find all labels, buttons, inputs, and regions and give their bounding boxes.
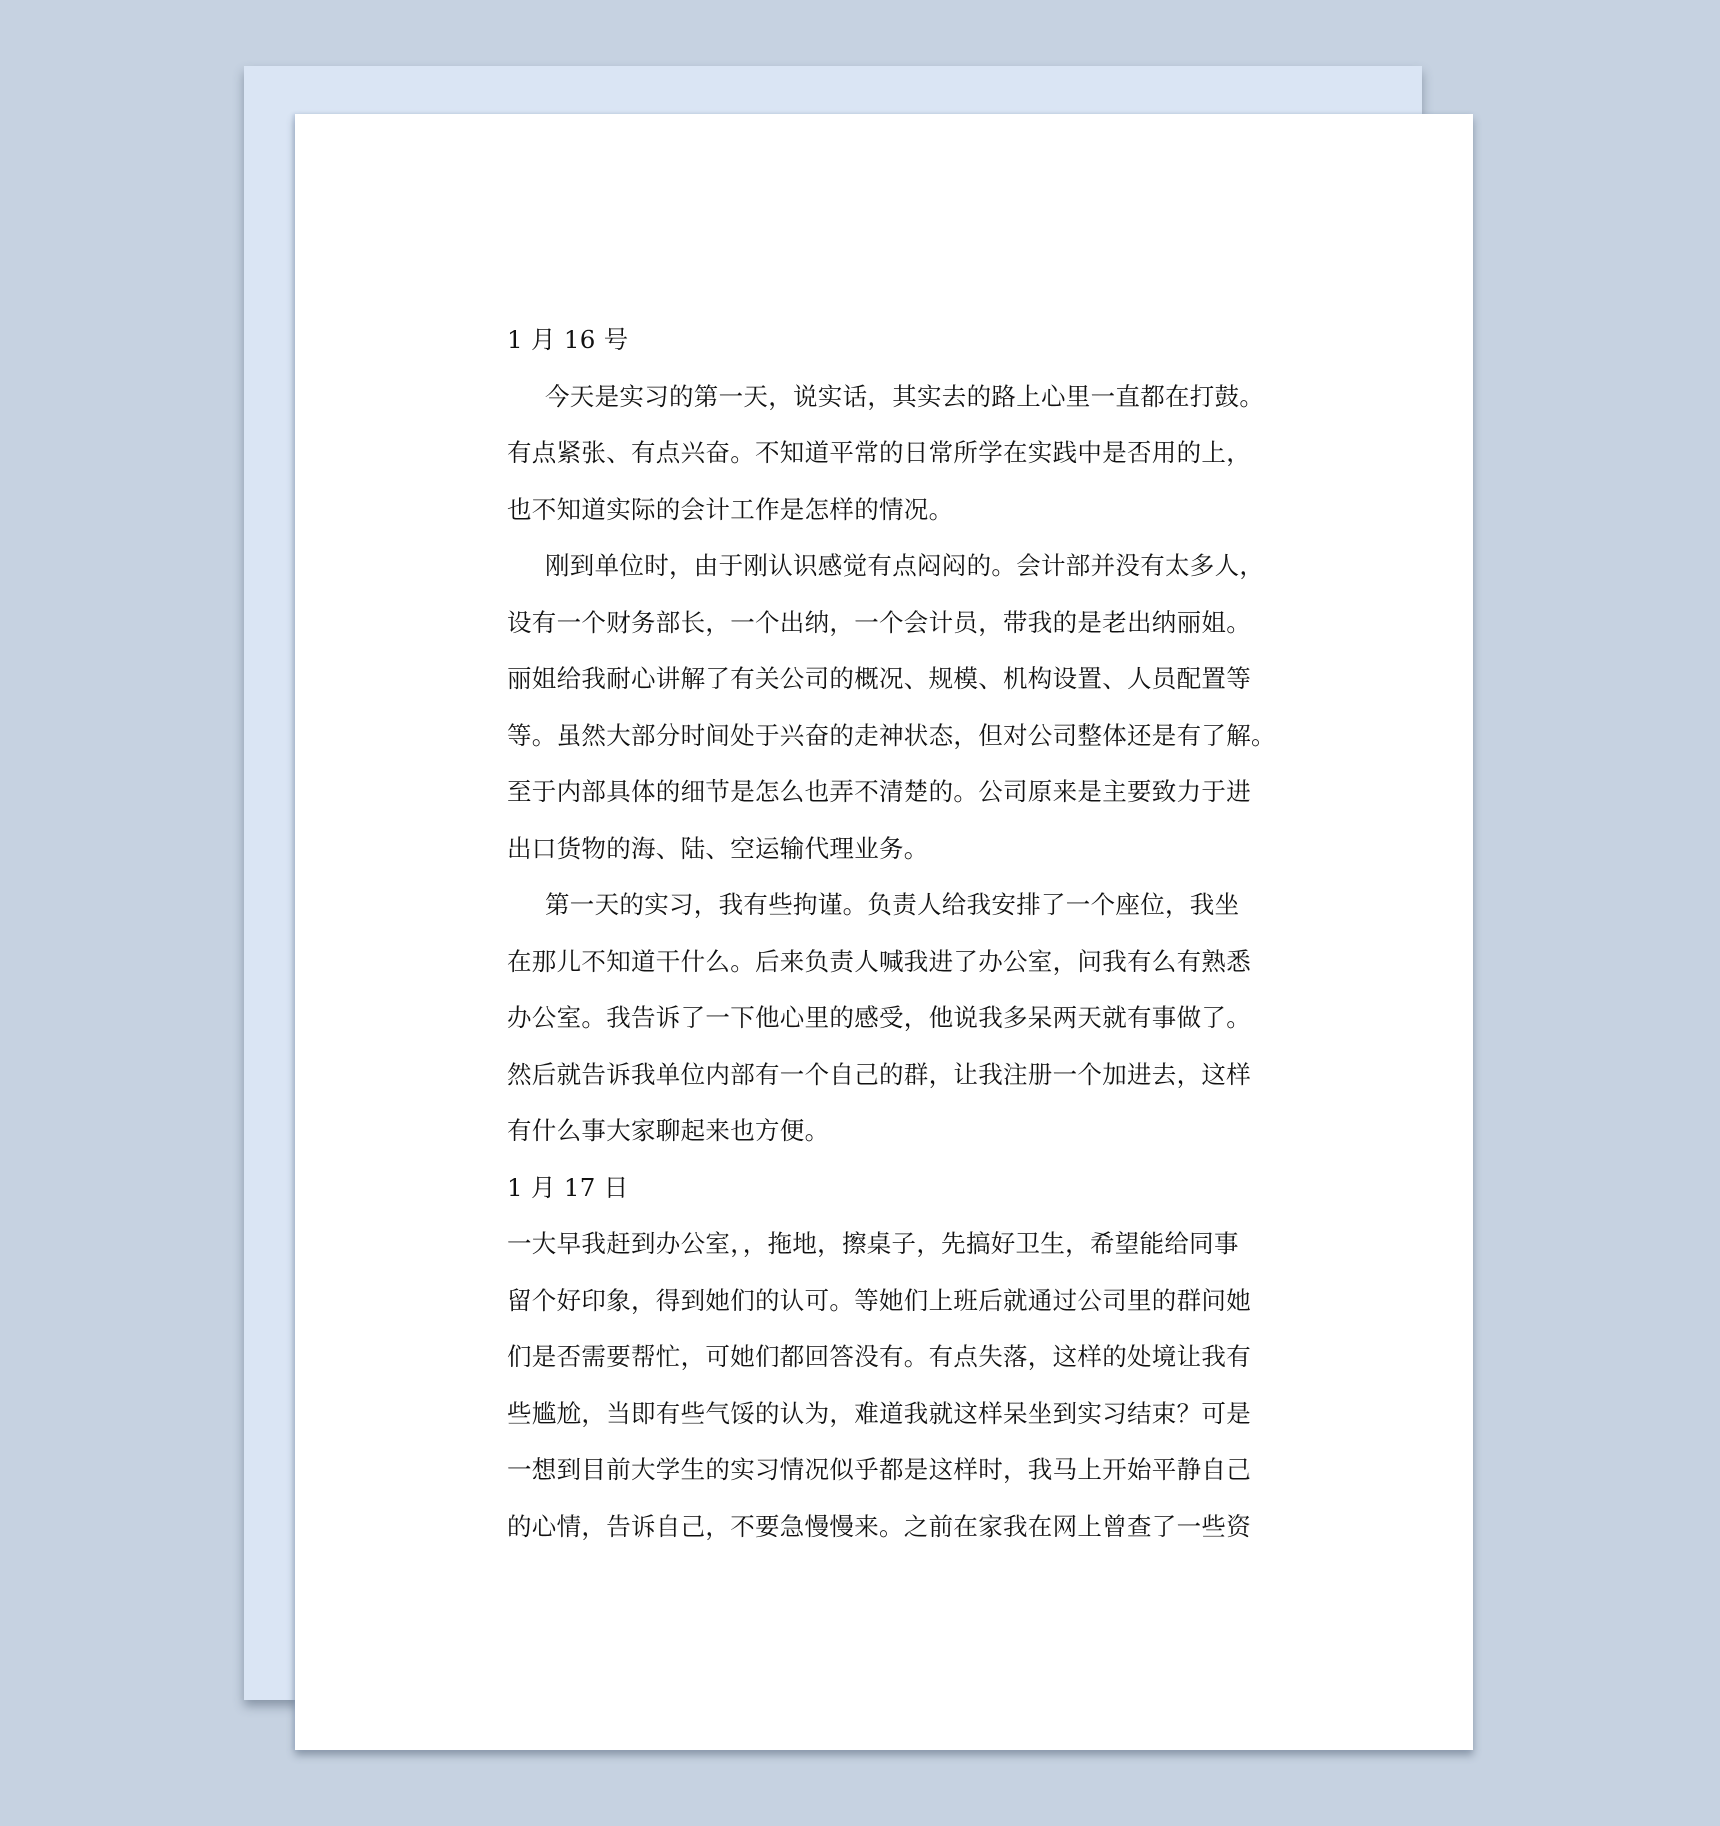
paragraph-line: 今天是实习的第一天，说实话，其实去的路上心里一直都在打鼓。: [507, 369, 1259, 426]
paragraph-line: 留个好印象，得到她们的认可。等她们上班后就通过公司里的群问她: [507, 1273, 1259, 1330]
paragraph-line: 有点紧张、有点兴奋。不知道平常的日常所学在实践中是否用的上，: [507, 425, 1259, 482]
date-heading-jan17: 1 月 17 日: [507, 1160, 1259, 1217]
paragraph-line: 一想到目前大学生的实习情况似乎都是这样时，我马上开始平静自己: [507, 1442, 1259, 1499]
paragraph-line: 然后就告诉我单位内部有一个自己的群，让我注册一个加进去，这样: [507, 1047, 1259, 1104]
paragraph-line: 们是否需要帮忙，可她们都回答没有。有点失落，这样的处境让我有: [507, 1329, 1259, 1386]
paragraph-line: 办公室。我告诉了一下他心里的感受，他说我多呆两天就有事做了。: [507, 990, 1259, 1047]
paragraph-line: 设有一个财务部长，一个出纳，一个会计员，带我的是老出纳丽姐。: [507, 595, 1259, 652]
paragraph-line: 也不知道实际的会计工作是怎样的情况。: [507, 482, 1259, 539]
paragraph-line: 刚到单位时，由于刚认识感觉有点闷闷的。会计部并没有太多人，: [507, 538, 1259, 595]
paragraph-line: 第一天的实习，我有些拘谨。负责人给我安排了一个座位，我坐: [507, 877, 1259, 934]
document-body: 1 月 16 号 今天是实习的第一天，说实话，其实去的路上心里一直都在打鼓。 有…: [507, 312, 1259, 1555]
paragraph-line: 丽姐给我耐心讲解了有关公司的概况、规模、机构设置、人员配置等: [507, 651, 1259, 708]
paragraph-line: 出口货物的海、陆、空运输代理业务。: [507, 821, 1259, 878]
paragraph-line: 些尴尬，当即有些气馁的认为，难道我就这样呆坐到实习结束？可是: [507, 1386, 1259, 1443]
paragraph-line: 有什么事大家聊起来也方便。: [507, 1103, 1259, 1160]
paragraph-line: 一大早我赶到办公室，，拖地，擦桌子，先搞好卫生，希望能给同事: [507, 1216, 1259, 1273]
paragraph-line: 等。虽然大部分时间处于兴奋的走神状态，但对公司整体还是有了解。: [507, 708, 1259, 765]
paragraph-line: 在那儿不知道干什么。后来负责人喊我进了办公室，问我有么有熟悉: [507, 934, 1259, 991]
paragraph-line: 至于内部具体的细节是怎么也弄不清楚的。公司原来是主要致力于进: [507, 764, 1259, 821]
date-heading-jan16: 1 月 16 号: [507, 312, 1259, 369]
paragraph-line: 的心情，告诉自己，不要急慢慢来。之前在家我在网上曾查了一些资: [507, 1499, 1259, 1556]
